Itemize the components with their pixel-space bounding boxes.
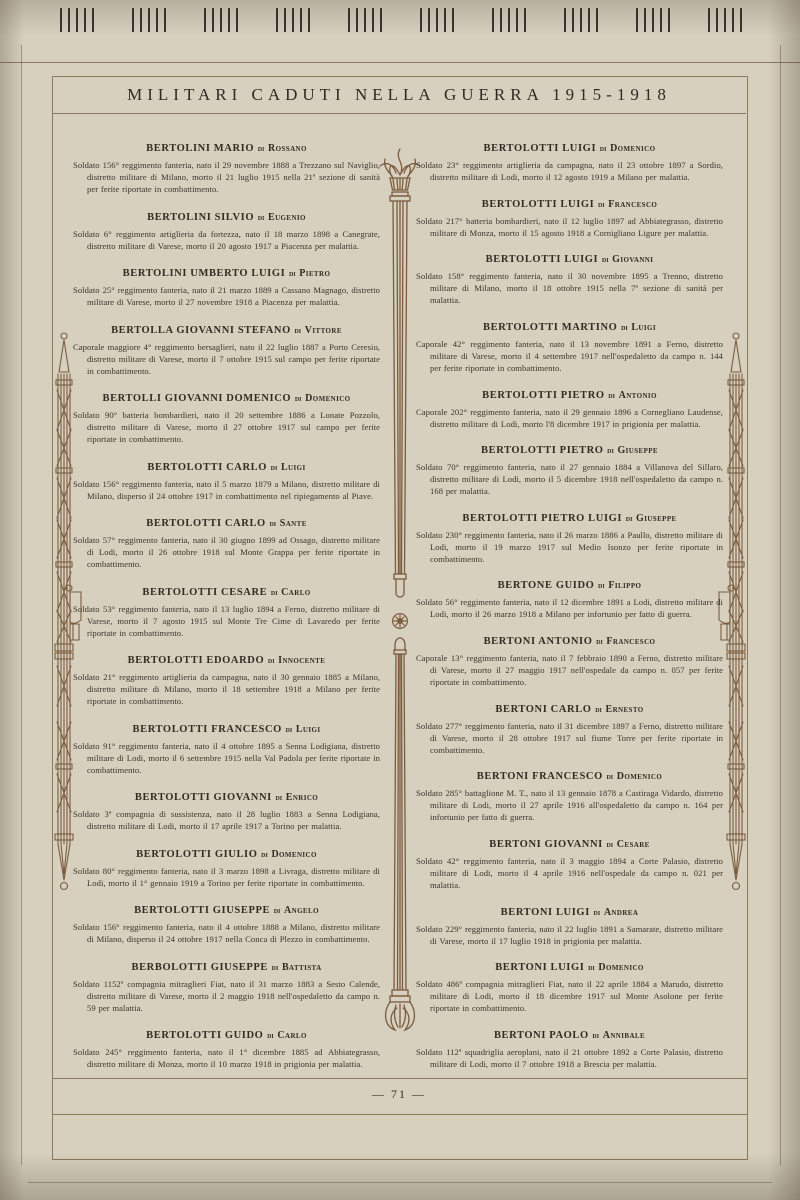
patronymic-name: Carlo [281, 587, 310, 598]
patronymic-di: di [598, 580, 605, 590]
entry-heading: BERTOLLA GIOVANNI STEFANO di Vittore [73, 324, 380, 337]
fallen-name: BERTOLOTTI PIETRO [482, 390, 605, 401]
entry-text: Soldato 25° reggimento fanteria, nato il… [73, 284, 380, 308]
entry-heading: BERTONE GUIDO di Filippo [416, 579, 723, 592]
casualty-entry: BERTOLOTTI CARLO di Sante Soldato 57° re… [73, 517, 380, 570]
entry-heading: BERTOLOTTI PIETRO di Giuseppe [416, 444, 723, 457]
patronymic-di: di [598, 199, 605, 209]
fallen-name: BERTOLLI GIOVANNI DOMENICO [102, 393, 291, 404]
patronymic-di: di [272, 962, 279, 972]
patronymic-name: Vittore [305, 325, 342, 336]
casualty-entry: BERTOLOTTI GIULIO di Domenico Soldato 80… [73, 848, 380, 889]
patronymic-di: di [289, 268, 296, 278]
patronymic-di: di [607, 445, 614, 455]
patronymic-di: di [295, 393, 302, 403]
patronymic-di: di [271, 462, 278, 472]
entry-text: Soldato 90° batteria bombardieri, nato i… [73, 409, 380, 445]
patronymic-name: Rossano [268, 143, 307, 154]
patronymic-name: Domenico [617, 771, 662, 782]
fallen-name: BERTOLOTTI GIULIO [136, 849, 257, 860]
entry-heading: BERBOLOTTI GIUSEPPE di Battista [73, 961, 380, 974]
entry-text: Soldato 56° reggimento fanteria, nato il… [416, 596, 723, 620]
top-rule [0, 62, 800, 63]
page-edge-right [780, 45, 781, 1165]
patronymic-name: Luigi [296, 724, 321, 735]
patronymic-di: di [596, 636, 603, 646]
patronymic-di: di [267, 1030, 274, 1040]
entry-text: Soldato 156° reggimento fanteria, nato i… [73, 159, 380, 195]
casualty-entry: BERTOLOTTI PIETRO di Giuseppe Soldato 70… [416, 444, 723, 497]
fallen-name: BERTOLOTTI PIETRO LUIGI [462, 513, 622, 524]
casualty-entry: BERTOLOTTI GIOVANNI di Enrico Soldato 3ª… [73, 791, 380, 832]
entry-text: Soldato 57° reggimento fanteria, nato il… [73, 534, 380, 570]
casualty-entry: BERTONI LUIGI di Domenico Soldato 486ª c… [416, 961, 723, 1014]
patronymic-name: Luigi [281, 462, 306, 473]
patronymic-name: Sante [280, 518, 307, 529]
page-edge-bottom [28, 1182, 772, 1183]
entry-heading: BERTOLOTTI CESARE di Carlo [73, 586, 380, 599]
entry-heading: BERTOLOTTI EDOARDO di Innocente [73, 654, 380, 667]
casualty-entry: BERTOLLI GIOVANNI DOMENICO di Domenico S… [73, 392, 380, 445]
entry-text: Soldato 3ª compagnia di sussistenza, nat… [73, 808, 380, 832]
title-banner: MILITARI CADUTI NELLA GUERRA 1915-1918 [52, 76, 746, 114]
entry-heading: BERTOLLI GIOVANNI DOMENICO di Domenico [73, 392, 380, 405]
patronymic-name: Domenico [305, 393, 350, 404]
patronymic-name: Giuseppe [617, 445, 658, 456]
casualty-entry: BERBOLOTTI GIUSEPPE di Battista Soldato … [73, 961, 380, 1014]
fallen-name: BERTOLLA GIOVANNI STEFANO [111, 325, 291, 336]
patronymic-name: Francesco [606, 636, 655, 647]
entry-heading: BERTOLINI UMBERTO LUIGI di Pietro [73, 267, 380, 280]
patronymic-di: di [606, 771, 613, 781]
patronymic-name: Filippo [608, 580, 641, 591]
entry-heading: BERTOLOTTI PIETRO di Antonio [416, 389, 723, 402]
entry-text: Soldato 80° reggimento fanteria, nato il… [73, 865, 380, 889]
entry-heading: BERTOLINI SILVIO di Eugenio [73, 211, 380, 224]
casualty-entry: BERTONI FRANCESCO di Domenico Soldato 28… [416, 770, 723, 823]
fallen-name: BERTOLOTTI MARTINO [483, 322, 617, 333]
patronymic-name: Antonio [619, 390, 657, 401]
patronymic-di: di [621, 322, 628, 332]
patronymic-name: Angelo [284, 905, 319, 916]
patronymic-di: di [602, 254, 609, 264]
fallen-name: BERTOLOTTI LUIGI [486, 254, 599, 265]
patronymic-name: Domenico [271, 849, 316, 860]
entry-text: Soldato 6° reggimento artiglieria da for… [73, 228, 380, 252]
entry-text: Soldato 53° reggimento fanteria, nato il… [73, 603, 380, 639]
entry-text: Soldato 70° reggimento fanteria, nato il… [416, 461, 723, 497]
casualty-entry: BERTOLINI SILVIO di Eugenio Soldato 6° r… [73, 211, 380, 252]
entry-text: Caporale maggiore 4° reggimento bersagli… [73, 341, 380, 377]
entry-text: Soldato 277° reggimento fanteria, nato i… [416, 720, 723, 756]
patronymic-di: di [608, 390, 615, 400]
patronymic-di: di [274, 905, 281, 915]
fallen-name: BERTOLOTTI LUIGI [484, 143, 597, 154]
fallen-name: BERTONI CARLO [495, 704, 591, 715]
fallen-name: BERTOLINI SILVIO [147, 212, 254, 223]
casualty-entry: BERTONI CARLO di Ernesto Soldato 277° re… [416, 703, 723, 756]
patronymic-di: di [626, 513, 633, 523]
patronymic-name: Francesco [608, 199, 657, 210]
fallen-name: BERTOLOTTI LUIGI [482, 199, 595, 210]
entry-heading: BERTONI ANTONIO di Francesco [416, 635, 723, 648]
entry-text: Caporale 202° reggimento fanteria, nato … [416, 406, 723, 430]
entry-heading: BERTOLOTTI CARLO di Luigi [73, 461, 380, 474]
patronymic-di: di [268, 655, 275, 665]
patronymic-name: Cesare [617, 839, 650, 850]
patronymic-name: Ernesto [606, 704, 644, 715]
entry-heading: BERTOLOTTI FRANCESCO di Luigi [73, 723, 380, 736]
casualty-entry: BERTOLLA GIOVANNI STEFANO di Vittore Cap… [73, 324, 380, 377]
casualty-entry: BERTOLOTTI MARTINO di Luigi Caporale 42°… [416, 321, 723, 374]
patronymic-di: di [269, 518, 276, 528]
patronymic-name: Enrico [286, 792, 318, 803]
fallen-name: BERTOLOTTI FRANCESCO [133, 724, 282, 735]
footer-rule-bottom [53, 1114, 747, 1115]
fallen-name: BERTONI GIOVANNI [489, 839, 603, 850]
casualty-entry: BERTOLOTTI EDOARDO di Innocente Soldato … [73, 654, 380, 707]
scanned-book-page: { "page": { "title": "MILITARI CADUTI NE… [0, 0, 800, 1200]
page-title: MILITARI CADUTI NELLA GUERRA 1915-1918 [127, 85, 671, 105]
patronymic-name: Pietro [299, 268, 330, 279]
patronymic-di: di [258, 212, 265, 222]
fallen-name: BERTONI ANTONIO [484, 636, 593, 647]
fallen-name: BERTOLOTTI GIUSEPPE [134, 905, 270, 916]
entry-text: Soldato 91° reggimento fanteria, nato il… [73, 740, 380, 776]
patronymic-di: di [594, 907, 601, 917]
patronymic-di: di [606, 839, 613, 849]
fallen-name: BERTONI PAOLO [494, 1030, 589, 1041]
entry-text: Soldato 156° reggimento fanteria, nato i… [73, 478, 380, 502]
patronymic-name: Eugenio [268, 212, 306, 223]
patronymic-name: Battista [282, 962, 322, 973]
entry-heading: BERTOLOTTI LUIGI di Domenico [416, 142, 723, 155]
patronymic-name: Domenico [610, 143, 655, 154]
fallen-name: BERTONI FRANCESCO [477, 771, 603, 782]
patronymic-di: di [592, 1030, 599, 1040]
patronymic-di: di [275, 792, 282, 802]
entry-text: Soldato 285° battaglione M. T., nato il … [416, 787, 723, 823]
patronymic-di: di [271, 587, 278, 597]
fallen-name: BERTONI LUIGI [495, 962, 584, 973]
entry-text: Soldato 42° reggimento fanteria, nato il… [416, 855, 723, 891]
casualty-entry: BERTOLOTTI LUIGI di Francesco Soldato 21… [416, 198, 723, 239]
entry-heading: BERTONI CARLO di Ernesto [416, 703, 723, 716]
entry-heading: BERTONI FRANCESCO di Domenico [416, 770, 723, 783]
entry-text: Soldato 245° reggimento fanteria, nato i… [73, 1046, 380, 1070]
patronymic-name: Innocente [278, 655, 325, 666]
entry-text: Caporale 42° reggimento fanteria, nato i… [416, 338, 723, 374]
entry-text: Soldato 156° reggimento fanteria, nato i… [73, 921, 380, 945]
patronymic-di: di [286, 724, 293, 734]
entry-text: Soldato 112ª squadriglia aeroplani, nato… [416, 1046, 723, 1070]
entry-text: Soldato 158° reggimento fanteria, nato i… [416, 270, 723, 306]
casualty-entry: BERTOLOTTI LUIGI di Domenico Soldato 23°… [416, 142, 723, 183]
fallen-name: BERTOLINI MARIO [146, 143, 254, 154]
entry-heading: BERTOLOTTI MARTINO di Luigi [416, 321, 723, 334]
entry-heading: BERTOLINI MARIO di Rossano [73, 142, 380, 155]
patronymic-name: Luigi [631, 322, 656, 333]
entry-heading: BERTOLOTTI LUIGI di Francesco [416, 198, 723, 211]
page-number: — 71 — [52, 1087, 746, 1102]
casualty-entry: BERTOLINI MARIO di Rossano Soldato 156° … [73, 142, 380, 195]
fallen-name: BERTOLOTTI CARLO [147, 462, 267, 473]
fallen-name: BERBOLOTTI GIUSEPPE [131, 962, 268, 973]
entry-heading: BERTOLOTTI GIULIO di Domenico [73, 848, 380, 861]
patronymic-di: di [294, 325, 301, 335]
patronymic-name: Annibale [603, 1030, 645, 1041]
casualty-entry: BERTONI GIOVANNI di Cesare Soldato 42° r… [416, 838, 723, 891]
entry-text: Soldato 230° reggimento fanteria, nato i… [416, 529, 723, 565]
entry-text: Soldato 486ª compagnia mitraglieri Fiat,… [416, 978, 723, 1014]
casualty-entry: BERTOLOTTI CARLO di Luigi Soldato 156° r… [73, 461, 380, 502]
entry-text: Soldato 1152ª compagnia mitraglieri Fiat… [73, 978, 380, 1014]
casualty-entry: BERTONI LUIGI di Andrea Soldato 229° reg… [416, 906, 723, 947]
casualty-entry: BERTONI PAOLO di Annibale Soldato 112ª s… [416, 1029, 723, 1070]
fallen-name: BERTOLOTTI GIOVANNI [135, 792, 272, 803]
entry-heading: BERTOLOTTI PIETRO LUIGI di Giuseppe [416, 512, 723, 525]
patronymic-di: di [595, 704, 602, 714]
fallen-name: BERTOLOTTI GUIDO [146, 1030, 263, 1041]
entry-heading: BERTOLOTTI LUIGI di Giovanni [416, 253, 723, 266]
casualty-entry: BERTOLOTTI FRANCESCO di Luigi Soldato 91… [73, 723, 380, 776]
casualty-entry: BERTONE GUIDO di Filippo Soldato 56° reg… [416, 579, 723, 620]
patronymic-name: Giuseppe [636, 513, 677, 524]
entry-heading: BERTONI GIOVANNI di Cesare [416, 838, 723, 851]
patronymic-di: di [588, 962, 595, 972]
casualty-entry: BERTOLOTTI LUIGI di Giovanni Soldato 158… [416, 253, 723, 306]
patronymic-di: di [261, 849, 268, 859]
top-fringe-ticks [60, 8, 746, 32]
casualty-entry: BERTOLOTTI PIETRO di Antonio Caporale 20… [416, 389, 723, 430]
column-right: BERTOLOTTI LUIGI di Domenico Soldato 23°… [416, 142, 723, 1070]
entry-heading: BERTOLOTTI GIUSEPPE di Angelo [73, 904, 380, 917]
fallen-name: BERTONI LUIGI [501, 907, 590, 918]
fallen-name: BERTOLOTTI PIETRO [481, 445, 604, 456]
fallen-name: BERTOLINI UMBERTO LUIGI [123, 268, 286, 279]
fallen-name: BERTOLOTTI EDOARDO [128, 655, 265, 666]
fallen-name: BERTOLOTTI CARLO [146, 518, 266, 529]
casualty-entry: BERTOLOTTI CESARE di Carlo Soldato 53° r… [73, 586, 380, 639]
column-left: BERTOLINI MARIO di Rossano Soldato 156° … [73, 142, 380, 1070]
entry-heading: BERTONI LUIGI di Andrea [416, 906, 723, 919]
entry-text: Caporale 13° reggimento fanteria, nato i… [416, 652, 723, 688]
entry-heading: BERTOLOTTI GUIDO di Carlo [73, 1029, 380, 1042]
patronymic-name: Giovanni [612, 254, 653, 265]
entry-text: Soldato 229° reggimento fanteria, nato i… [416, 923, 723, 947]
footer-rule-top [53, 1078, 747, 1079]
patronymic-di: di [600, 143, 607, 153]
entry-heading: BERTOLOTTI CARLO di Sante [73, 517, 380, 530]
page-edge-left [21, 45, 22, 1165]
casualty-entry: BERTONI ANTONIO di Francesco Caporale 13… [416, 635, 723, 688]
patronymic-name: Domenico [598, 962, 643, 973]
casualty-entry: BERTOLOTTI GIUSEPPE di Angelo Soldato 15… [73, 904, 380, 945]
casualty-entry: BERTOLINI UMBERTO LUIGI di Pietro Soldat… [73, 267, 380, 308]
entry-heading: BERTOLOTTI GIOVANNI di Enrico [73, 791, 380, 804]
entry-text: Soldato 217° batteria bombardieri, nato … [416, 215, 723, 239]
patronymic-name: Andrea [604, 907, 639, 918]
entry-text: Soldato 23° reggimento artiglieria da ca… [416, 159, 723, 183]
fallen-name: BERTOLOTTI CESARE [142, 587, 267, 598]
fallen-name: BERTONE GUIDO [498, 580, 595, 591]
entry-text: Soldato 21° reggimento artiglieria da ca… [73, 671, 380, 707]
casualty-entry: BERTOLOTTI GUIDO di Carlo Soldato 245° r… [73, 1029, 380, 1070]
entry-heading: BERTONI PAOLO di Annibale [416, 1029, 723, 1042]
entry-heading: BERTONI LUIGI di Domenico [416, 961, 723, 974]
patronymic-di: di [258, 143, 265, 153]
casualty-entry: BERTOLOTTI PIETRO LUIGI di Giuseppe Sold… [416, 512, 723, 565]
patronymic-name: Carlo [277, 1030, 306, 1041]
